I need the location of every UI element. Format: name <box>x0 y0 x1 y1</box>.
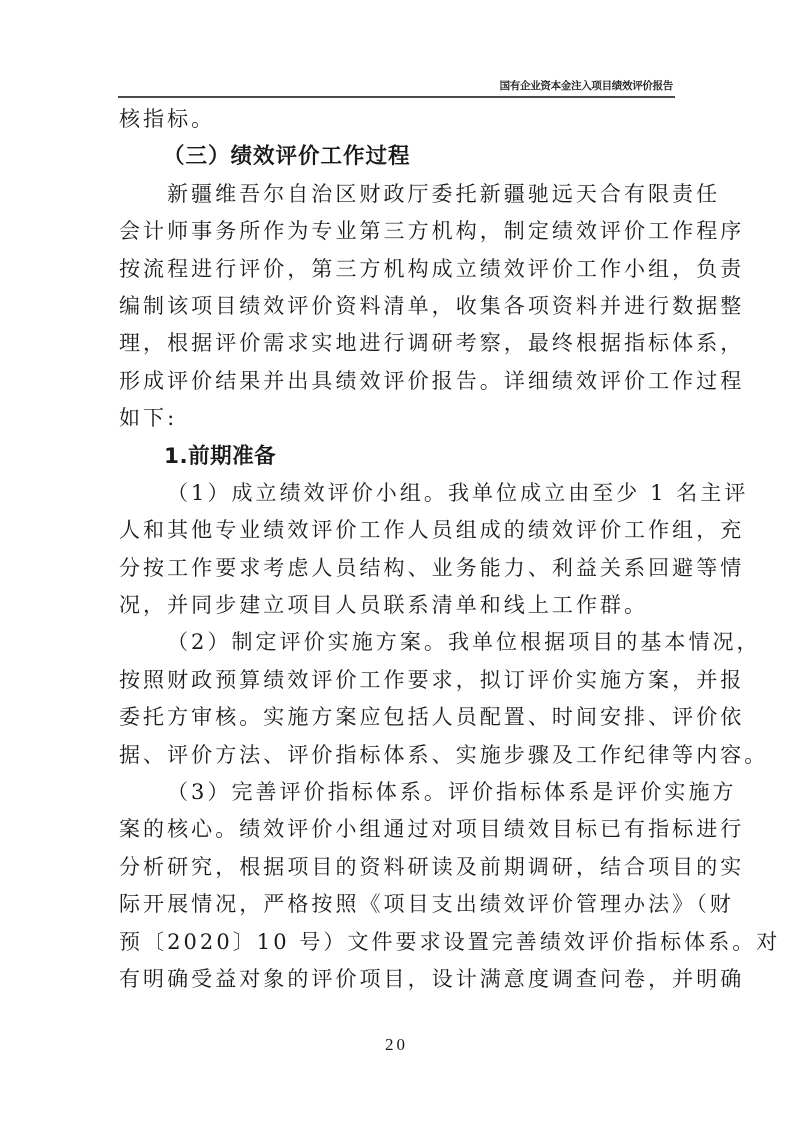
text-line: 核指标。 <box>119 101 677 138</box>
document-body: 核指标。 （三）绩效评价工作过程 新疆维吾尔自治区财政厅委托新疆驰远天合有限责任… <box>119 101 677 998</box>
paragraph-line: （2）制定评价实施方案。我单位根据项目的基本情况， <box>119 624 677 661</box>
paragraph-line: 按流程进行评价，第三方机构成立绩效评价工作小组，负责 <box>119 251 677 288</box>
report-title: 国有企业资本金注入项目绩效评价报告 <box>500 78 673 93</box>
paragraph-line: 人和其他专业绩效评价工作人员组成的绩效评价工作组，充 <box>119 512 677 549</box>
paragraph-line: 有明确受益对象的评价项目，设计满意度调查问卷，并明确 <box>119 961 677 998</box>
paragraph-line: 分析研究，根据项目的资料研读及前期调研，结合项目的实 <box>119 849 677 886</box>
paragraph-line: 如下: <box>119 400 677 437</box>
paragraph-line: 形成评价结果并出具绩效评价报告。详细绩效评价工作过程 <box>119 363 677 400</box>
subsection-heading: 1.前期准备 <box>119 438 677 475</box>
paragraph-line: 预〔2020〕10 号）文件要求设置完善绩效评价指标体系。对 <box>119 924 677 961</box>
paragraph-line: 分按工作要求考虑人员结构、业务能力、利益关系回避等情 <box>119 550 677 587</box>
paragraph-line: 况，并同步建立项目人员联系清单和线上工作群。 <box>119 587 677 624</box>
section-heading: （三）绩效评价工作过程 <box>119 138 677 175</box>
paragraph-line: （1）成立绩效评价小组。我单位成立由至少 1 名主评 <box>119 475 677 512</box>
paragraph-line: 新疆维吾尔自治区财政厅委托新疆驰远天合有限责任 <box>119 176 677 213</box>
paragraph-line: 案的核心。绩效评价小组通过对项目绩效目标已有指标进行 <box>119 811 677 848</box>
paragraph-line: 据、评价方法、评价指标体系、实施步骤及工作纪律等内容。 <box>119 737 677 774</box>
running-header: 国有企业资本金注入项目绩效评价报告 <box>118 76 675 98</box>
paragraph-line: 际开展情况，严格按照《项目支出绩效评价管理办法》（财 <box>119 886 677 923</box>
paragraph-line: （3）完善评价指标体系。评价指标体系是评价实施方 <box>119 774 677 811</box>
paragraph-line: 委托方审核。实施方案应包括人员配置、时间安排、评价依 <box>119 699 677 736</box>
paragraph-line: 编制该项目绩效评价资料清单，收集各项资料并进行数据整 <box>119 288 677 325</box>
page-number: 20 <box>0 1035 793 1055</box>
paragraph-line: 按照财政预算绩效评价工作要求，拟订评价实施方案，并报 <box>119 662 677 699</box>
paragraph-line: 会计师事务所作为专业第三方机构，制定绩效评价工作程序 <box>119 213 677 250</box>
paragraph-line: 理，根据评价需求实地进行调研考察，最终根据指标体系， <box>119 325 677 362</box>
